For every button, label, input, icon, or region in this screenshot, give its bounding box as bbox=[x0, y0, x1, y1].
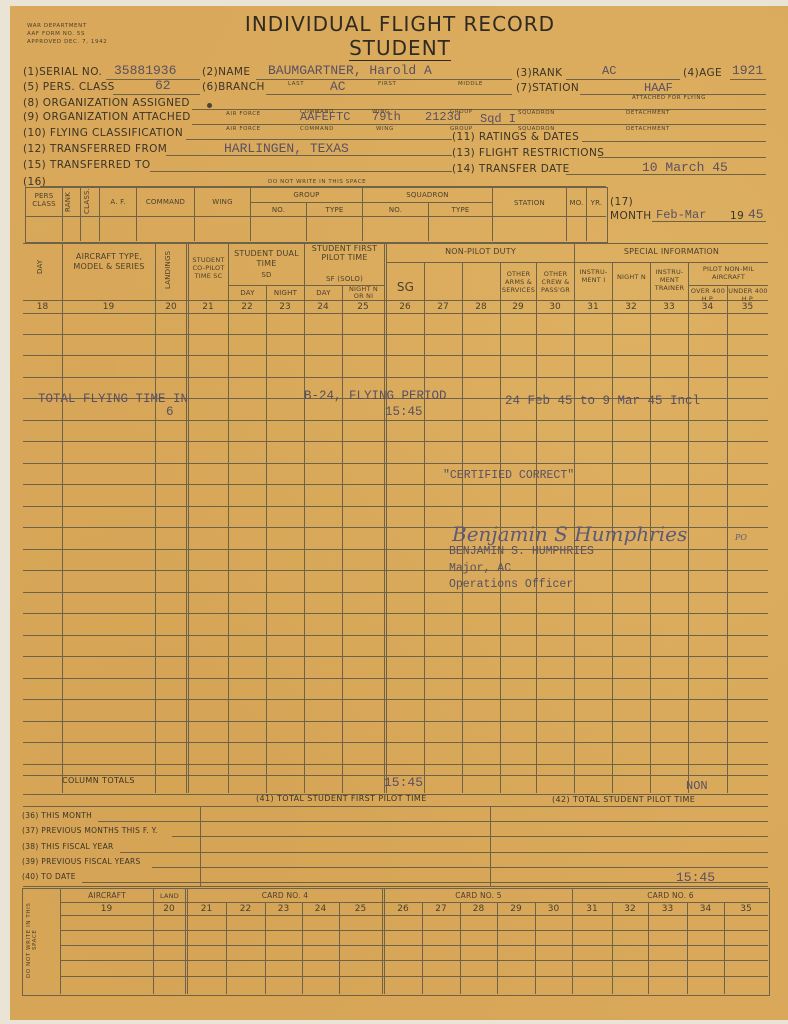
col-over-400-header: OVER 400 H.P. bbox=[689, 287, 727, 303]
col-copilot-header: STUDENT CO-PILOT TIME SC bbox=[189, 256, 228, 280]
card-5-header: CARD NO. 5 bbox=[385, 892, 572, 900]
s16-group-no-header: NO. bbox=[251, 206, 306, 214]
col-sg-header: SG bbox=[387, 283, 424, 291]
card-num: 21 bbox=[187, 904, 226, 914]
org-attached-wing[interactable]: 79th bbox=[372, 110, 401, 124]
s16-command-header: COMMAND bbox=[137, 198, 194, 206]
month-label: MONTH bbox=[610, 210, 652, 222]
col-landings-header: LANDINGS bbox=[164, 250, 178, 290]
col-num: 24 bbox=[304, 302, 342, 312]
serial-value[interactable]: 35881936 bbox=[114, 63, 176, 78]
column-totals-non: NON bbox=[686, 779, 708, 793]
year-prefix: 19 bbox=[730, 210, 744, 222]
s16-group-header: GROUP bbox=[251, 191, 362, 199]
certified-correct: "CERTIFIED CORRECT" bbox=[443, 469, 574, 482]
card-num: 22 bbox=[226, 904, 265, 914]
restrictions-label: (13) FLIGHT RESTRICTIONS bbox=[452, 147, 604, 159]
col-under-400-header: UNDER 400 H.P. bbox=[728, 287, 768, 303]
col-other-arms-header: OTHER ARMS & SERVICES bbox=[501, 270, 536, 294]
signature-suffix: PO bbox=[735, 533, 747, 542]
org2-command-hint: COMMAND bbox=[300, 126, 334, 132]
transfer-date-label: (14) TRANSFER DATE bbox=[452, 163, 570, 175]
total-row-prev-months: (37) PREVIOUS MONTHS THIS F. Y. bbox=[22, 826, 158, 835]
s16-wing-header: WING bbox=[195, 198, 250, 206]
pers-class-label: (5) PERS. CLASS bbox=[23, 81, 115, 93]
org-attached-group[interactable]: 2123d bbox=[425, 110, 461, 124]
station-sub-hint: ATTACHED FOR FLYING bbox=[632, 95, 706, 101]
rank-label: (3)RANK bbox=[516, 67, 562, 79]
col-num: 26 bbox=[386, 302, 424, 312]
col-num: 32 bbox=[612, 302, 650, 312]
punch-hole-dot bbox=[207, 103, 212, 108]
card-num: 35 bbox=[724, 904, 768, 914]
org-squadron-hint: SQUADRON bbox=[518, 110, 555, 116]
card-num: 29 bbox=[497, 904, 535, 914]
age-value[interactable]: 1921 bbox=[732, 63, 763, 78]
col-nonmil-header: PILOT NON-MIL AIRCRAFT bbox=[689, 265, 768, 281]
page-subtitle: STUDENT bbox=[300, 36, 500, 60]
signer-rank: Major, AC bbox=[449, 562, 511, 575]
card-num: 25 bbox=[339, 904, 382, 914]
total-first-pilot-label: (41) TOTAL STUDENT FIRST PILOT TIME bbox=[256, 794, 427, 803]
col-trainer-header: INSTRU- MENT TRAINER bbox=[651, 268, 688, 292]
col-num: 21 bbox=[188, 302, 228, 312]
col-num: 18 bbox=[23, 302, 62, 312]
card-num: 26 bbox=[384, 904, 422, 914]
col-num: 29 bbox=[500, 302, 536, 312]
s16-pers-class-header: PERS CLASS bbox=[26, 192, 62, 208]
form-number: AAF FORM NO. 5S bbox=[27, 30, 107, 38]
s16-sq-no-header: NO. bbox=[363, 206, 428, 214]
transfer-date-value[interactable]: 10 March 45 bbox=[642, 160, 728, 175]
card-num: 32 bbox=[612, 904, 648, 914]
card-land-header: LAND bbox=[154, 892, 185, 900]
form-id-block: WAR DEPARTMENT AAF FORM NO. 5S APPROVED … bbox=[27, 22, 107, 46]
col-first-pilot-sub: SF (SOLO) bbox=[305, 275, 384, 283]
flying-class-label: (10) FLYING CLASSIFICATION bbox=[23, 127, 183, 139]
card-side-label: DO NOT WRITE IN THIS SPACE bbox=[26, 900, 40, 980]
name-last-hint: LAST bbox=[288, 81, 304, 87]
special-info-header: SPECIAL INFORMATION bbox=[575, 248, 768, 256]
org2-wing-hint: WING bbox=[376, 126, 394, 132]
entry-first-pilot-time: 15:45 bbox=[385, 405, 423, 419]
card-num: 28 bbox=[460, 904, 497, 914]
s16-mo-header: MO. bbox=[567, 199, 586, 207]
col-dual-sub: SD bbox=[229, 271, 304, 279]
col-aircraft-header: AIRCRAFT TYPE, MODEL & SERIES bbox=[64, 252, 154, 272]
col-num: 35 bbox=[727, 302, 768, 312]
s16-squadron-header: SQUADRON bbox=[363, 191, 492, 199]
subtitle-text: STUDENT bbox=[349, 36, 451, 61]
branch-value[interactable]: AC bbox=[330, 79, 346, 94]
total-to-date-value: 15:45 bbox=[676, 870, 715, 885]
s16-sq-type-header: TYPE bbox=[429, 206, 492, 214]
pers-class-value[interactable]: 62 bbox=[155, 78, 171, 93]
do-not-write-label: DO NOT WRITE IN THIS SPACE bbox=[268, 179, 366, 185]
col-other-crew-header: OTHER CREW & PASS'GR bbox=[537, 270, 574, 294]
card-6-header: CARD NO. 6 bbox=[573, 892, 768, 900]
col-num: 28 bbox=[462, 302, 500, 312]
s16-station-header: STATION bbox=[493, 199, 566, 207]
total-row-this-fy: (38) THIS FISCAL YEAR bbox=[22, 842, 114, 851]
col-fp-day: DAY bbox=[305, 289, 342, 297]
total-row-to-date: (40) TO DATE bbox=[22, 872, 76, 881]
total-student-pilot-label: (42) TOTAL STUDENT PILOT TIME bbox=[552, 795, 695, 804]
transferred-from-label: (12) TRANSFERRED FROM bbox=[23, 143, 167, 155]
name-first-hint: FIRST bbox=[378, 81, 396, 87]
station-label: (7)STATION bbox=[516, 82, 579, 94]
officer-signature: Benjamin S Humphries bbox=[452, 522, 687, 546]
s16-class-header: CLASS. bbox=[83, 190, 97, 214]
serial-label: (1)SERIAL NO. bbox=[23, 66, 102, 78]
card-4-header: CARD NO. 4 bbox=[188, 892, 382, 900]
approved-date: APPROVED DEC. 7, 1942 bbox=[27, 38, 107, 46]
col-num: 20 bbox=[155, 302, 187, 312]
card-num: 24 bbox=[302, 904, 339, 914]
non-pilot-duty-header: NON-PILOT DUTY bbox=[387, 248, 574, 256]
total-row-this-month: (36) THIS MONTH bbox=[22, 811, 92, 820]
col-num: 33 bbox=[650, 302, 688, 312]
org2-air-force-hint: AIR FORCE bbox=[226, 126, 261, 132]
rank-value[interactable]: AC bbox=[602, 64, 616, 78]
signer-name: BENJAMIN S. HUMPHRIES bbox=[449, 545, 594, 558]
ratings-label: (11) RATINGS & DATES bbox=[452, 131, 579, 143]
signer-title: Operations Officer bbox=[449, 578, 573, 591]
col-num: 25 bbox=[342, 302, 384, 312]
org-attached-label: (9) ORGANIZATION ATTACHED bbox=[23, 111, 191, 123]
col-num: 19 bbox=[62, 302, 155, 312]
name-value[interactable]: BAUMGARTNER, Harold A bbox=[268, 63, 432, 78]
year-value[interactable]: 45 bbox=[748, 207, 764, 222]
col-num: 31 bbox=[574, 302, 612, 312]
month-value[interactable]: Feb-Mar bbox=[656, 208, 706, 222]
transferred-from-value[interactable]: HARLINGEN, TEXAS bbox=[224, 141, 349, 156]
col-dual-night: NIGHT bbox=[267, 289, 304, 297]
card-num: 20 bbox=[153, 904, 185, 914]
total-row-prev-fy: (39) PREVIOUS FISCAL YEARS bbox=[22, 857, 141, 866]
s16-af-header: A. F. bbox=[100, 198, 136, 206]
col-num: 27 bbox=[424, 302, 462, 312]
col-num: 23 bbox=[266, 302, 304, 312]
branch-label: (6)BRANCH bbox=[202, 81, 265, 93]
department-label: WAR DEPARTMENT bbox=[27, 22, 107, 30]
org2-detachment-hint: DETACHMENT bbox=[626, 126, 670, 132]
column-totals-label: COLUMN TOTALS bbox=[62, 776, 135, 785]
card-num: 30 bbox=[535, 904, 572, 914]
flight-log-table bbox=[23, 243, 768, 795]
column-totals-first-pilot: 15:45 bbox=[384, 775, 423, 790]
entry-date-range: 24 Feb 45 to 9 Mar 45 Incl bbox=[505, 394, 700, 408]
name-middle-hint: MIDDLE bbox=[458, 81, 483, 87]
card-num: 31 bbox=[572, 904, 612, 914]
page-title: INDIVIDUAL FLIGHT RECORD bbox=[200, 12, 600, 36]
org-attached-command[interactable]: AAFEFTC bbox=[300, 110, 350, 124]
col-night-header: NIGHT N bbox=[613, 273, 650, 281]
col-day-header: DAY bbox=[36, 252, 50, 282]
s16-yr-header: YR. bbox=[587, 199, 606, 207]
col-num: 34 bbox=[688, 302, 727, 312]
org-air-force-hint: AIR FORCE bbox=[226, 111, 261, 117]
s16-group-type-header: TYPE bbox=[307, 206, 362, 214]
name-label: (2)NAME bbox=[202, 66, 250, 78]
card-num: 34 bbox=[687, 904, 724, 914]
station-value[interactable]: HAAF bbox=[644, 81, 673, 95]
entry-aircraft-period: B-24, FLYING PERIOD bbox=[304, 389, 447, 403]
org-assigned-label: (8) ORGANIZATION ASSIGNED bbox=[23, 97, 190, 109]
col-num: 22 bbox=[228, 302, 266, 312]
card-num: 23 bbox=[265, 904, 302, 914]
card-aircraft-header: AIRCRAFT bbox=[61, 892, 153, 900]
transferred-to-label: (15) TRANSFERRED TO bbox=[23, 159, 150, 171]
card-num: 33 bbox=[648, 904, 687, 914]
org-detachment-hint: DETACHMENT bbox=[626, 110, 670, 116]
col-dual-day: DAY bbox=[229, 289, 266, 297]
entry-total-flying-time: TOTAL FLYING TIME IN bbox=[38, 392, 188, 406]
age-label: (4)AGE bbox=[683, 67, 722, 79]
card-num: 27 bbox=[422, 904, 460, 914]
card-num: 19 bbox=[60, 904, 153, 914]
col-instrument-header: INSTRU- MENT I bbox=[575, 268, 612, 284]
org-attached-squadron[interactable]: Sqd I bbox=[480, 112, 516, 126]
col-first-pilot-header: STUDENT FIRST PILOT TIME bbox=[305, 244, 384, 262]
col-dual-header: STUDENT DUAL TIME bbox=[229, 249, 304, 269]
entry-landings: 6 bbox=[166, 405, 174, 419]
col-fp-night: NIGHT N OR NI bbox=[343, 286, 384, 300]
month-number-label: (17) bbox=[610, 196, 633, 208]
s16-rank-header: RANK bbox=[64, 190, 78, 214]
col-num: 30 bbox=[536, 302, 574, 312]
